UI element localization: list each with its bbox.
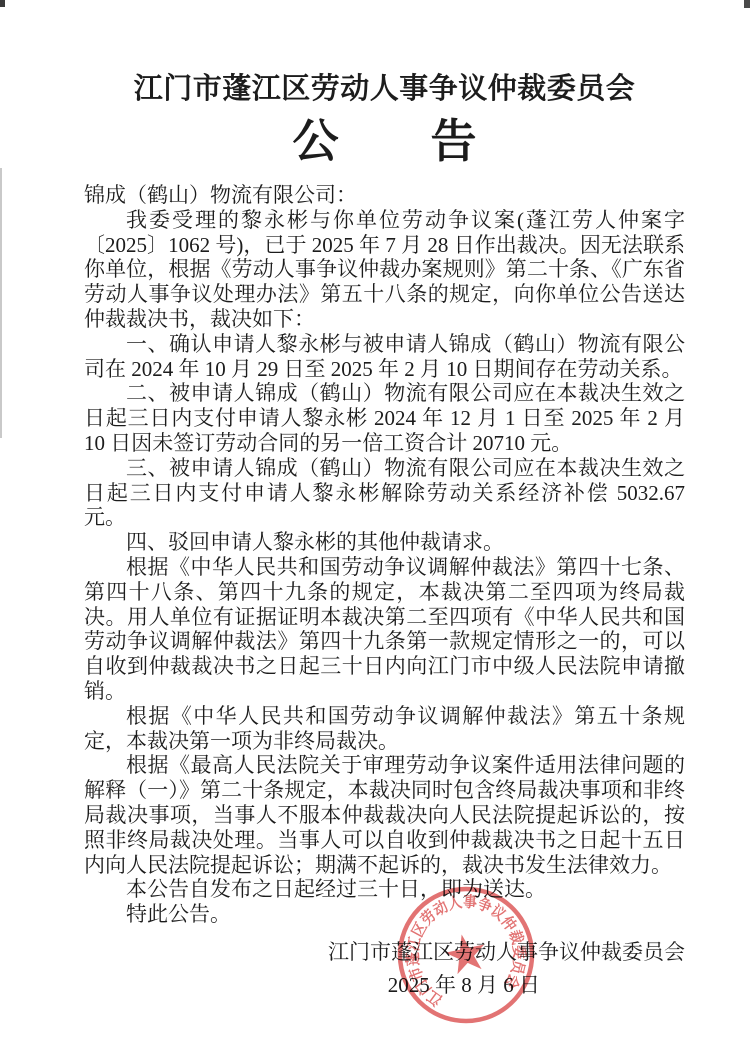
signature-org: 江门市蓬江区劳动人事争议仲裁委员会 — [84, 940, 685, 965]
paragraph-ruling-3: 三、被申请人锦成（鹤山）物流有限公司应在本裁决生效之日起三日内支付申请人黎永彬解… — [84, 456, 685, 530]
paragraph-legal-basis-1: 根据《中华人民共和国劳动争议调解仲裁法》第四十七条、第四十八条、第四十九条的规定… — [84, 555, 685, 704]
body-text: 锦成（鹤山）物流有限公司： 我委受理的黎永彬与你单位劳动争议案(蓬江劳人仲案字〔… — [84, 183, 685, 927]
paragraph-legal-basis-2: 根据《中华人民共和国劳动争议调解仲裁法》第五十条规定，本裁决第一项为非终局裁决。 — [84, 704, 685, 754]
scan-artifact — [0, 168, 2, 438]
doc-title: 公 告 — [84, 116, 685, 168]
paragraph-ruling-4: 四、驳回申请人黎永彬的其他仲裁请求。 — [84, 530, 685, 555]
scan-artifact — [0, 0, 5, 7]
paragraph-legal-basis-3: 根据《最高人民法院关于审理劳动争议案件适用法律问题的解释（一）》第二十条规定，本… — [84, 753, 685, 877]
paragraph-ruling-2: 二、被申请人锦成（鹤山）物流有限公司应在本裁决生效之日起三日内支付申请人黎永彬 … — [84, 381, 685, 455]
recipient-line: 锦成（鹤山）物流有限公司： — [84, 183, 685, 208]
paragraph-delivery-notice: 本公告自发布之日起经过三十日，即为送达。 — [84, 877, 685, 902]
paragraph-ruling-1: 一、确认申请人黎永彬与被申请人锦成（鹤山）物流有限公司在 2024 年 10 月… — [84, 332, 685, 382]
signature-date: 2025 年 8 月 6 日 — [84, 973, 685, 998]
scan-artifact — [744, 0, 750, 8]
document-page: 江门市蓬江区劳动人事争议仲裁委员会 公 告 锦成（鹤山）物流有限公司： 我委受理… — [0, 0, 750, 1060]
paragraph-intro: 我委受理的黎永彬与你单位劳动争议案(蓬江劳人仲案字〔2025〕1062 号)，已… — [84, 208, 685, 332]
org-title: 江门市蓬江区劳动人事争议仲裁委员会 — [84, 72, 685, 106]
paragraph-closing: 特此公告。 — [84, 902, 685, 927]
